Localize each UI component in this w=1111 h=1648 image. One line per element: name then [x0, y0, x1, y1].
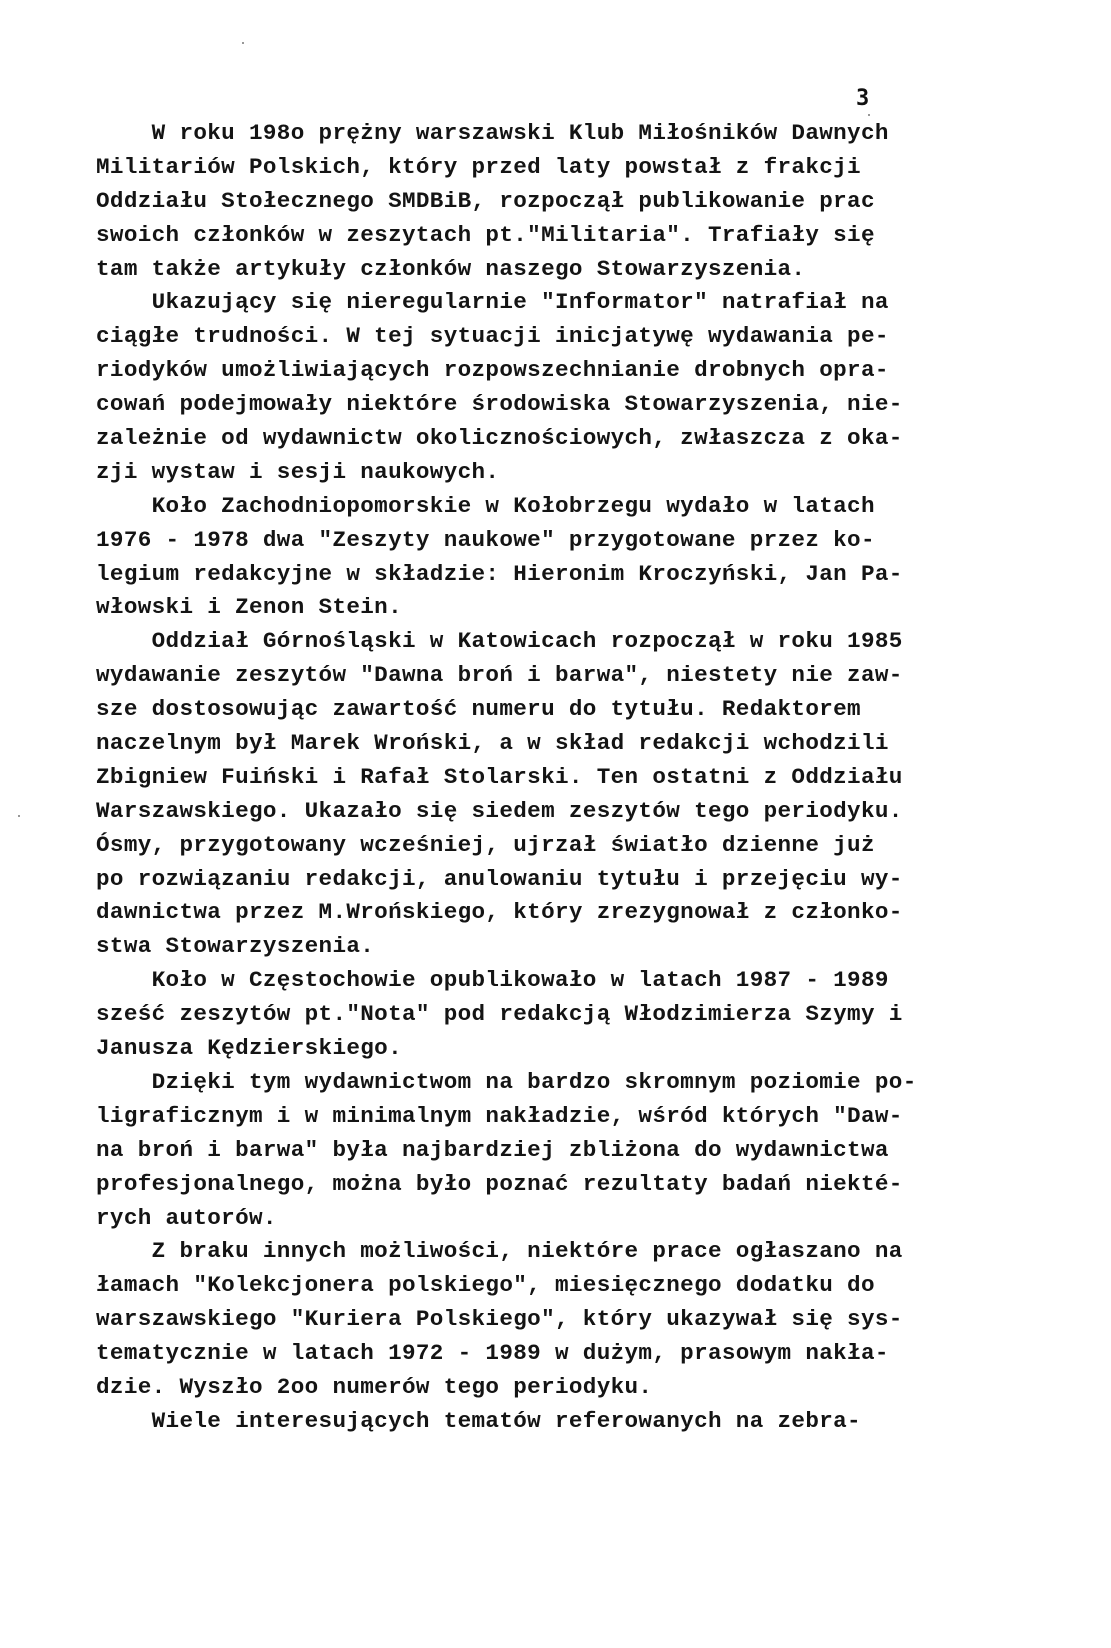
page-number: 3: [856, 86, 869, 111]
text-line: zależnie od wydawnictw okolicznościowych…: [96, 422, 936, 456]
text-line: sześć zeszytów pt."Nota" pod redakcją Wł…: [96, 998, 936, 1032]
text-line: riodyków umożliwiających rozpowszechnian…: [96, 354, 936, 388]
text-line: Janusza Kędzierskiego.: [96, 1032, 936, 1066]
text-line: łamach "Kolekcjonera polskiego", miesięc…: [96, 1269, 936, 1303]
text-line: Oddziału Stołecznego SMDBiB, rozpoczął p…: [96, 185, 936, 219]
text-line: stwa Stowarzyszenia.: [96, 930, 936, 964]
scan-speck: [18, 815, 20, 817]
text-line: Z braku innych możliwości, niektóre prac…: [96, 1235, 936, 1269]
text-line: wydawanie zeszytów "Dawna broń i barwa",…: [96, 659, 936, 693]
scan-speck: [242, 42, 244, 44]
text-line: naczelnym był Marek Wroński, a w skład r…: [96, 727, 936, 761]
text-line: legium redakcyjne w składzie: Hieronim K…: [96, 558, 936, 592]
text-line: Koło Zachodniopomorskie w Kołobrzegu wyd…: [96, 490, 936, 524]
text-line: na broń i barwa" była najbardziej zbliżo…: [96, 1134, 936, 1168]
text-line: W roku 198o prężny warszawski Klub Miłoś…: [96, 117, 936, 151]
text-line: ligraficznym i w minimalnym nakładzie, w…: [96, 1100, 936, 1134]
text-line: Wiele interesujących tematów referowanyc…: [96, 1405, 936, 1439]
text-line: sze dostosowując zawartość numeru do tyt…: [96, 693, 936, 727]
text-line: 1976 - 1978 dwa "Zeszyty naukowe" przygo…: [96, 524, 936, 558]
text-line: Militariów Polskich, który przed laty po…: [96, 151, 936, 185]
document-page: 3 W roku 198o prężny warszawski Klub Mił…: [0, 0, 1111, 1648]
text-line: Koło w Częstochowie opublikowało w latac…: [96, 964, 936, 998]
text-line: dzie. Wyszło 2oo numerów tego periodyku.: [96, 1371, 936, 1405]
text-line: Ósmy, przygotowany wcześniej, ujrzał świ…: [96, 829, 936, 863]
text-line: rych autorów.: [96, 1202, 936, 1236]
text-line: po rozwiązaniu redakcji, anulowaniu tytu…: [96, 863, 936, 897]
scan-speck: [868, 114, 870, 116]
text-line: ciągłe trudności. W tej sytuacji inicjat…: [96, 320, 936, 354]
text-line: swoich członków w zeszytach pt."Militari…: [96, 219, 936, 253]
text-line: Oddział Górnośląski w Katowicach rozpocz…: [96, 625, 936, 659]
text-line: cowań podejmowały niektóre środowiska St…: [96, 388, 936, 422]
text-line: dawnictwa przez M.Wrońskiego, który zrez…: [96, 896, 936, 930]
text-line: włowski i Zenon Stein.: [96, 591, 936, 625]
text-line: Dzięki tym wydawnictwom na bardzo skromn…: [96, 1066, 936, 1100]
text-line: tam także artykuły członków naszego Stow…: [96, 253, 936, 287]
text-line: profesjonalnego, można było poznać rezul…: [96, 1168, 936, 1202]
text-line: Zbigniew Fuiński i Rafał Stolarski. Ten …: [96, 761, 936, 795]
text-line: tematycznie w latach 1972 - 1989 w dużym…: [96, 1337, 936, 1371]
body-text: W roku 198o prężny warszawski Klub Miłoś…: [96, 117, 936, 1439]
text-line: zji wystaw i sesji naukowych.: [96, 456, 936, 490]
text-line: Warszawskiego. Ukazało się siedem zeszyt…: [96, 795, 936, 829]
text-line: Ukazujący się nieregularnie "Informator"…: [96, 286, 936, 320]
text-line: warszawskiego "Kuriera Polskiego", który…: [96, 1303, 936, 1337]
